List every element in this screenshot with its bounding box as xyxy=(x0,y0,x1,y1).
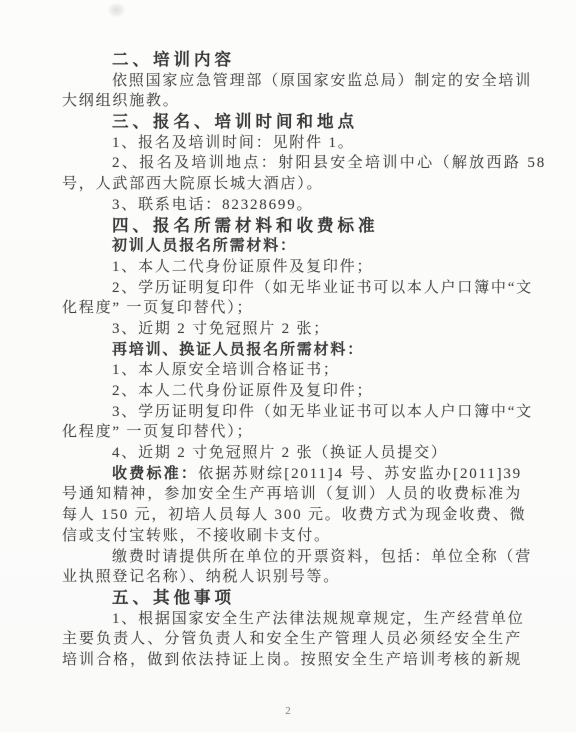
text-segment: 培训合格，做到依法持证上岗。按照安全生产培训考核的新规 xyxy=(62,652,522,668)
text-line: 主要负责人、分管负责人和安全生产管理人员必须经安全生产 xyxy=(62,629,522,650)
text-segment: 信或支付宝转账，不接收刷卡支付。 xyxy=(62,528,331,544)
text-segment: 缴费时请提供所在单位的开票资料，包括：单位全称（营 xyxy=(112,549,532,565)
text-line: 三、报名、培训时间和地点 xyxy=(62,112,522,133)
text-segment: 3、近期 2 寸免冠照片 2 张； xyxy=(112,321,330,337)
text-line: 信或支付宝转账，不接收刷卡支付。 xyxy=(62,526,522,547)
text-line: 1、根据国家安全生产法律法规规章规定，生产经营单位 xyxy=(62,609,522,630)
text-segment: 化程度” 一页复印替代）； xyxy=(62,300,253,316)
text-segment: 4、近期 2 寸免冠照片 2 张（换证人员提交） xyxy=(112,445,448,461)
document-page: 二、培训内容依照国家应急管理部（原国家安监总局）制定的安全培训大纲组织施教。三、… xyxy=(0,0,576,732)
text-line: 号通知精神，参加安全生产再培训（复训）人员的收费标准为 xyxy=(62,484,522,505)
text-segment: 号通知精神，参加安全生产再培训（复训）人员的收费标准为 xyxy=(62,486,522,502)
text-segment: 1、本人原安全培训合格证书； xyxy=(112,362,340,378)
text-segment: 依照国家应急管理部（原国家安监总局）制定的安全培训 xyxy=(112,73,532,89)
text-line: 缴费时请提供所在单位的开票资料，包括：单位全称（营 xyxy=(62,547,522,568)
bold-label: 再培训、换证人员报名所需材料： xyxy=(112,341,364,358)
text-line: 3、学历证明复印件（如无毕业证书可以本人户口簿中“文 xyxy=(62,402,522,423)
text-line: 二、培训内容 xyxy=(62,50,522,71)
section-heading: 三、报名、培训时间和地点 xyxy=(112,113,358,131)
text-line: 1、本人原安全培训合格证书； xyxy=(62,360,522,381)
text-segment: 化程度” 一页复印替代）； xyxy=(62,424,253,440)
text-line: 2、本人二代身份证原件及复印件； xyxy=(62,381,522,402)
text-segment: 1、根据国家安全生产法律法规规章规定，生产经营单位 xyxy=(112,611,525,627)
text-segment: 2、本人二代身份证原件及复印件； xyxy=(112,383,373,399)
text-line: 3、联系电话：82328699。 xyxy=(62,195,522,216)
text-line: 初训人员报名所需材料： xyxy=(62,236,522,257)
text-line: 五、其他事项 xyxy=(62,588,522,609)
text-line: 四、报名所需材料和收费标准 xyxy=(62,216,522,237)
text-segment: 主要负责人、分管负责人和安全生产管理人员必须经安全生产 xyxy=(62,631,522,647)
text-segment: 2、报名及培训地点：射阳县安全培训中心（解放西路 58 xyxy=(112,155,546,171)
text-line: 号，人武部西大院原长城大酒店）。 xyxy=(62,174,522,195)
text-line: 再培训、换证人员报名所需材料： xyxy=(62,340,522,361)
text-segment: 业执照登记名称）、纳税人识别号等。 xyxy=(62,569,340,585)
text-line: 收费标准：依据苏财综[2011]4 号、苏安监办[2011]39 xyxy=(62,464,522,485)
section-heading: 五、其他事项 xyxy=(112,589,235,607)
text-line: 化程度” 一页复印替代）； xyxy=(62,298,522,319)
text-segment: 3、学历证明复印件（如无毕业证书可以本人户口簿中“文 xyxy=(112,404,533,420)
text-line: 业执照登记名称）、纳税人识别号等。 xyxy=(62,567,522,588)
text-line: 2、报名及培训地点：射阳县安全培训中心（解放西路 58 xyxy=(62,153,546,174)
text-segment: 1、本人二代身份证原件及复印件； xyxy=(112,259,373,275)
section-heading: 四、报名所需材料和收费标准 xyxy=(112,217,379,235)
text-line: 2、学历证明复印件（如无毕业证书可以本人户口簿中“文 xyxy=(62,278,522,299)
text-segment: 号，人武部西大院原长城大酒店）。 xyxy=(62,176,323,192)
text-segment: 依据苏财综[2011]4 号、苏安监办[2011]39 xyxy=(198,466,522,482)
page-number: 2 xyxy=(0,705,576,717)
text-line: 培训合格，做到依法持证上岗。按照安全生产培训考核的新规 xyxy=(62,650,522,671)
text-line: 1、报名及培训时间：见附件 1。 xyxy=(62,133,522,154)
text-segment: 2、学历证明复印件（如无毕业证书可以本人户口簿中“文 xyxy=(112,280,533,296)
text-segment: 大纲组织施教。 xyxy=(62,93,180,109)
text-segment: 每人 150 元，初培人员每人 300 元。收费方式为现金收费、微 xyxy=(62,507,526,523)
text-line: 大纲组织施教。 xyxy=(62,91,522,112)
text-line: 依照国家应急管理部（原国家安监总局）制定的安全培训 xyxy=(62,71,522,92)
text-line: 3、近期 2 寸免冠照片 2 张； xyxy=(62,319,522,340)
text-segment: 1、报名及培训时间：见附件 1。 xyxy=(112,135,355,151)
section-heading: 二、培训内容 xyxy=(112,51,235,69)
text-segment: 3、联系电话：82328699。 xyxy=(112,197,313,213)
document-body: 二、培训内容依照国家应急管理部（原国家安监总局）制定的安全培训大纲组织施教。三、… xyxy=(62,50,522,671)
bold-label: 收费标准： xyxy=(112,465,198,482)
text-line: 每人 150 元，初培人员每人 300 元。收费方式为现金收费、微 xyxy=(62,505,522,526)
scan-smudge xyxy=(108,3,125,17)
text-line: 1、本人二代身份证原件及复印件； xyxy=(62,257,522,278)
bold-label: 初训人员报名所需材料： xyxy=(112,237,297,254)
text-line: 化程度” 一页复印替代）； xyxy=(62,422,522,443)
text-line: 4、近期 2 寸免冠照片 2 张（换证人员提交） xyxy=(62,443,522,464)
